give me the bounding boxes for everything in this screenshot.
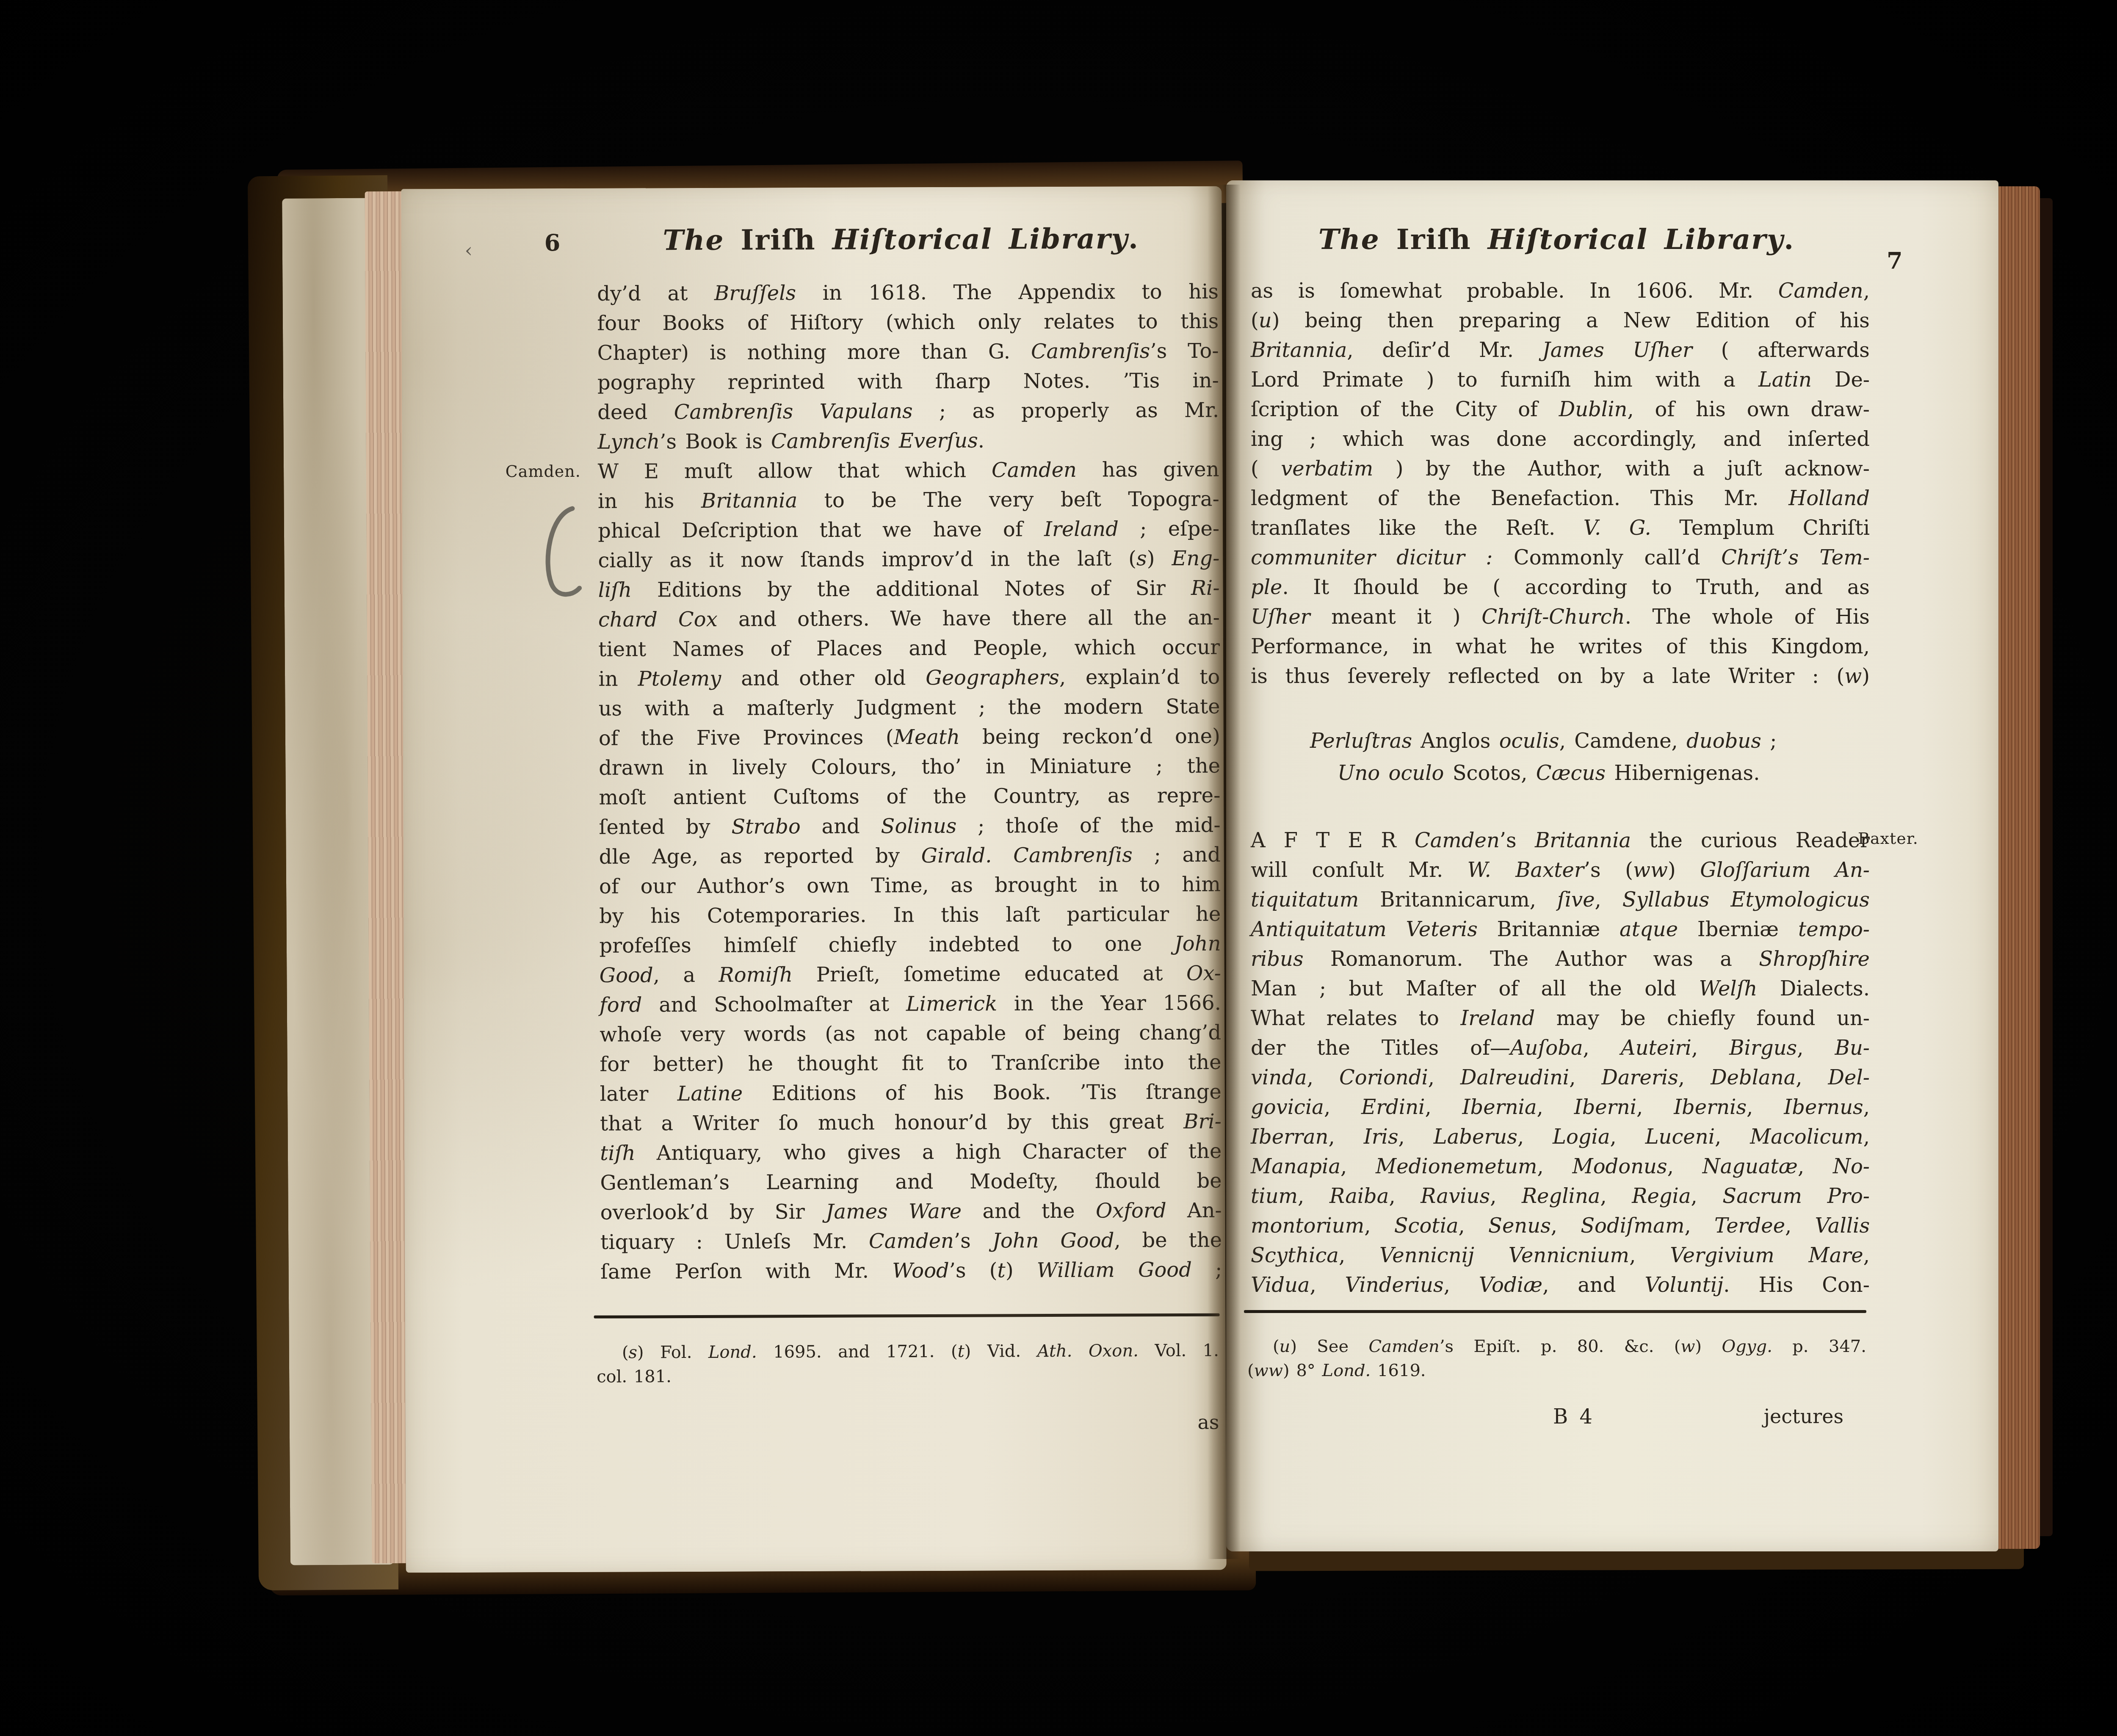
text-line: of the Five Provinces (Meath being recko… <box>599 721 1220 753</box>
verse-quotation: Perluſtras Anglos oculis, Camdene, duobu… <box>1251 725 1870 789</box>
text-line: Lynch’s Book is Cambrenſis Everſus. <box>597 425 1219 457</box>
text-line: by his Cotemporaries. In this laſt parti… <box>599 899 1221 931</box>
text-line: liſh Editions by the additional Notes of… <box>598 573 1219 605</box>
main-text-right-para2: A F T E R Camden’s Britannia the curious… <box>1251 826 1870 1300</box>
page-edges-right <box>1995 186 2040 1549</box>
text-line: ledgment of the Benefaction. This Mr. Ho… <box>1251 484 1870 513</box>
text-line: deed Cambrenſis Vapulans ; as properly a… <box>597 395 1219 427</box>
text-line: that a Writer ſo much honour’d by this g… <box>600 1107 1222 1139</box>
text-line: (s) Fol. Lond. 1695. and 1721. (t) Vid. … <box>597 1339 1219 1365</box>
text-line: Perluſtras Anglos oculis, Camdene, duobu… <box>1251 725 1870 757</box>
text-line: dle Age, as reported by Girald. Cambrenſ… <box>599 840 1221 872</box>
text-line: montorium, Scotia, Senus, Sodiſmam, Terd… <box>1251 1211 1870 1241</box>
text-line: der the Titles of—Auſoba, Auteiri, Birgu… <box>1251 1033 1870 1063</box>
text-line: will conſult Mr. W. Baxter’s (ww) Gloſſa… <box>1251 855 1870 885</box>
book-page-right: The Iriſh Hiſtorical Library. 7 as is ſo… <box>1226 180 1998 1551</box>
text-line: ſcription of the City of Dublin, of his … <box>1251 395 1870 424</box>
footnotes-left: (s) Fol. Lond. 1695. and 1721. (t) Vid. … <box>597 1339 1219 1389</box>
text-line: (u) being then preparing a New Edition o… <box>1251 306 1870 335</box>
text-line: Britannia, deſir’d Mr. James Uſher ( aft… <box>1251 335 1870 365</box>
text-line: Gentleman’s Learning and Modeſty, ſhould… <box>600 1166 1222 1198</box>
text-line: in Ptolemy and other old Geographers, ex… <box>598 662 1220 694</box>
text-line: pography reprinted with ſharp Notes. ’Ti… <box>597 366 1219 398</box>
text-line: Antiquitatum Veteris Britanniæ atque Ibe… <box>1251 915 1870 944</box>
text-line: Uno oculo Scotos, Cæcus Hibernigenas. <box>1251 757 1870 789</box>
text-line: Chapter) is nothing more than G. Cambren… <box>597 336 1219 368</box>
text-line: chard Cox and others. We have there all … <box>598 603 1220 635</box>
text-line: (u) See Camden’s Epiſt. p. 80. &c. (w) O… <box>1247 1335 1866 1359</box>
running-title-right: The Iriſh Hiſtorical Library. <box>1243 223 1870 256</box>
text-line: dy’d at Bruſſels in 1618. The Appendix t… <box>597 277 1219 309</box>
page-number-right: 7 <box>1887 247 1903 274</box>
text-line: ribus Romanorum. The Author was a Shropſ… <box>1251 944 1870 974</box>
text-line: as is ſomewhat probable. In 1606. Mr. Ca… <box>1251 276 1870 306</box>
text-line: Performance, in what he writes of this K… <box>1251 632 1870 661</box>
margin-note-camden: Camden. <box>506 462 581 481</box>
text-line: for better) he thought fit to Tranſcribe… <box>600 1048 1221 1079</box>
text-line: moſt antient Cuſtoms of the Country, as … <box>599 781 1220 813</box>
text-line: profeſſes himſelf chiefly indebted to on… <box>599 929 1221 961</box>
text-line: ( verbatim ) by the Author, with a juſt … <box>1251 454 1870 484</box>
page-number-left: 6 <box>544 229 561 256</box>
footnotes-right: (u) See Camden’s Epiſt. p. 80. &c. (w) O… <box>1247 1335 1866 1383</box>
text-line: overlook’d by Sir James Ware and the Oxf… <box>600 1196 1222 1227</box>
text-line: whoſe very words (as not capable of bein… <box>600 1018 1221 1050</box>
photo-background: ‹ 6 The Iriſh Hiſtorical Library. Camden… <box>0 0 2117 1736</box>
text-line: ford and Schoolmaſter at Limerick in the… <box>600 988 1221 1020</box>
text-line: W E muſt allow that which Camden has giv… <box>598 455 1219 487</box>
text-line: us with a maſterly Judgment ; the modern… <box>598 692 1220 724</box>
text-line: drawn in lively Colours, tho’ in Miniatu… <box>599 751 1220 783</box>
catchword-left: as <box>601 1411 1219 1436</box>
text-line: Scythica, Vennicnij Vennicnium, Vergiviu… <box>1251 1241 1870 1270</box>
text-line: A F T E R Camden’s Britannia the curious… <box>1251 826 1870 855</box>
text-line: govicia, Erdini, Ibernia, Iberni, Iberni… <box>1251 1092 1870 1122</box>
text-line: Good, a Romiſh Prieſt, ſometime educated… <box>600 959 1221 990</box>
text-line: tient Names of Places and People, which … <box>598 633 1220 664</box>
text-line: tium, Raiba, Ravius, Reglina, Regia, Sac… <box>1251 1181 1870 1211</box>
text-line: in his Britannia to be The very beſt Top… <box>598 484 1219 516</box>
text-line: four Books of Hiſtory (which only relate… <box>597 307 1219 338</box>
text-line: ſented by Strabo and Solinus ; thoſe of … <box>599 810 1220 842</box>
main-text-left: dy’d at Bruſſels in 1618. The Appendix t… <box>597 277 1222 1287</box>
handwritten-ink-mark <box>537 503 588 604</box>
text-line: tiſh Antiquary, who gives a high Charact… <box>600 1136 1222 1168</box>
text-line: ing ; which was done accordingly, and in… <box>1251 424 1870 454</box>
ink-angle-mark: ‹ <box>465 239 473 262</box>
text-line: Uſher meant it ) Chriſt-Church. The whol… <box>1251 602 1870 632</box>
text-line: Man ; but Maſter of all the old Welſh Di… <box>1251 974 1870 1003</box>
text-line: later Latine Editions of his Book. ’Tis … <box>600 1077 1222 1109</box>
book-page-left: ‹ 6 The Iriſh Hiſtorical Library. Camden… <box>401 186 1226 1573</box>
text-line: cially as it now ſtands improv’d in the … <box>598 544 1219 575</box>
text-line: of our Author’s own Time, as brought in … <box>599 870 1221 901</box>
main-text-right-para1: as is ſomewhat probable. In 1606. Mr. Ca… <box>1251 276 1870 691</box>
text-line: Manapia, Medionemetum, Modonus, Naguatæ,… <box>1251 1152 1870 1181</box>
text-line: Iberran, Iris, Laberus, Logia, Luceni, M… <box>1251 1122 1870 1152</box>
text-line: Lord Primate ) to furniſh him with a Lat… <box>1251 365 1870 395</box>
text-line: phical Deſcription that we have of Irela… <box>598 514 1219 546</box>
text-line: What relates to Ireland may be chiefly f… <box>1251 1003 1870 1033</box>
text-line: ple. It ſhould be ( according to Truth, … <box>1251 572 1870 602</box>
catchword-right: jectures <box>1251 1405 1843 1428</box>
text-line: vinda, Coriondi, Dalreudini, Dareris, De… <box>1251 1063 1870 1092</box>
text-line: col. 181. <box>597 1363 1219 1389</box>
text-line: tiquary : Unleſs Mr. Camden’s John Good,… <box>600 1225 1222 1257</box>
running-title-left: The Iriſh Hiſtorical Library. <box>588 222 1214 257</box>
text-line: ſame Perſon with Mr. Wood’s (t) William … <box>600 1255 1222 1287</box>
footnote-rule-right <box>1244 1310 1866 1313</box>
text-line: is thus ſeverely reflected on by a late … <box>1251 661 1870 691</box>
footnote-rule-left <box>594 1313 1220 1319</box>
text-line: tiquitatum Britannicarum, ſive, Syllabus… <box>1251 885 1870 915</box>
text-line: Vidua, Vinderius, Vodiæ, and Voluntij. H… <box>1251 1270 1870 1300</box>
text-line: (ww) 8° Lond. 1619. <box>1247 1359 1866 1383</box>
text-line: communiter dicitur : Commonly call’d Chr… <box>1251 543 1870 572</box>
text-line: tranſlates like the Reſt. V. G. Templum … <box>1251 513 1870 543</box>
